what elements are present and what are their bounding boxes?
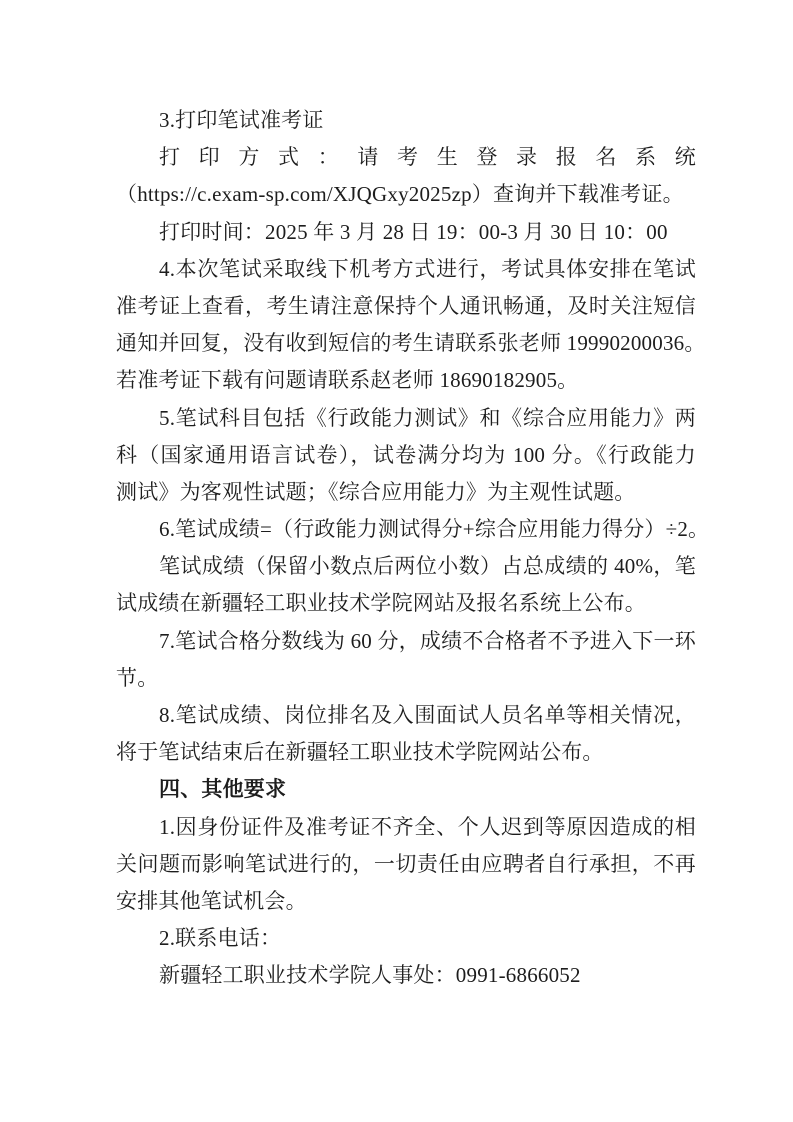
contact-zhang-line: 通知并回复，没有收到短信的考生请联系张老师 19990200036。 (116, 325, 696, 362)
hr-office-phone-line: 新疆轻工职业技术学院人事处：0991-6866052 (116, 957, 696, 994)
print-method-line: 打印方式：请考生登录报名系统 (116, 139, 696, 176)
print-ticket-heading-line: 3.打印笔试准考证 (116, 102, 696, 139)
text-block: 3.打印笔试准考证 打印方式：请考生登录报名系统 （https://c.exam… (116, 102, 696, 995)
score-formula-line: 6.笔试成绩=（行政能力测试得分+综合应用能力得分）÷2。 (116, 511, 696, 548)
text-line: 测试》为客观性试题；《综合应用能力》为主观性试题。 (116, 474, 696, 511)
text-line: 1.因身份证件及准考证不齐全、个人迟到等原因造成的相 (116, 809, 696, 846)
print-time-line: 打印时间：2025 年 3 月 28 日 19：00-3 月 30 日 10：0… (116, 214, 696, 251)
text-line: 科（国家通用语言试卷），试卷满分均为 100 分。《行政能力 (116, 437, 696, 474)
text-line: 试成绩在新疆轻工职业技术学院网站及报名系统上公布。 (116, 585, 696, 622)
text-line: 5.笔试科目包括《行政能力测试》和《综合应用能力》两 (116, 400, 696, 437)
text-line: 7.笔试合格分数线为 60 分，成绩不合格者不予进入下一环 (116, 623, 696, 660)
contact-zhao-line: 若准考证下载有问题请联系赵老师 18690182905。 (116, 362, 696, 399)
text-line: 笔试成绩（保留小数点后两位小数）占总成绩的 40%，笔 (116, 548, 696, 585)
document-page: 3.打印笔试准考证 打印方式：请考生登录报名系统 （https://c.exam… (0, 0, 793, 1122)
text-line: 关问题而影响笔试进行的，一切责任由应聘者自行承担，不再 (116, 846, 696, 883)
text-line: 8.笔试成绩、岗位排名及入围面试人员名单等相关情况， (116, 697, 696, 734)
text-line: 节。 (116, 660, 696, 697)
section-heading: 四、其他要求 (116, 771, 696, 808)
text-line: 将于笔试结束后在新疆轻工职业技术学院网站公布。 (116, 734, 696, 771)
text-line: 4.本次笔试采取线下机考方式进行，考试具体安排在笔试 (116, 251, 696, 288)
registration-url-line: （https://c.exam-sp.com/XJQGxy2025zp）查询并下… (116, 176, 696, 213)
contact-phone-heading-line: 2.联系电话： (116, 920, 696, 957)
text-line: 安排其他笔试机会。 (116, 883, 696, 920)
text-line: 准考证上查看，考生请注意保持个人通讯畅通，及时关注短信 (116, 288, 696, 325)
